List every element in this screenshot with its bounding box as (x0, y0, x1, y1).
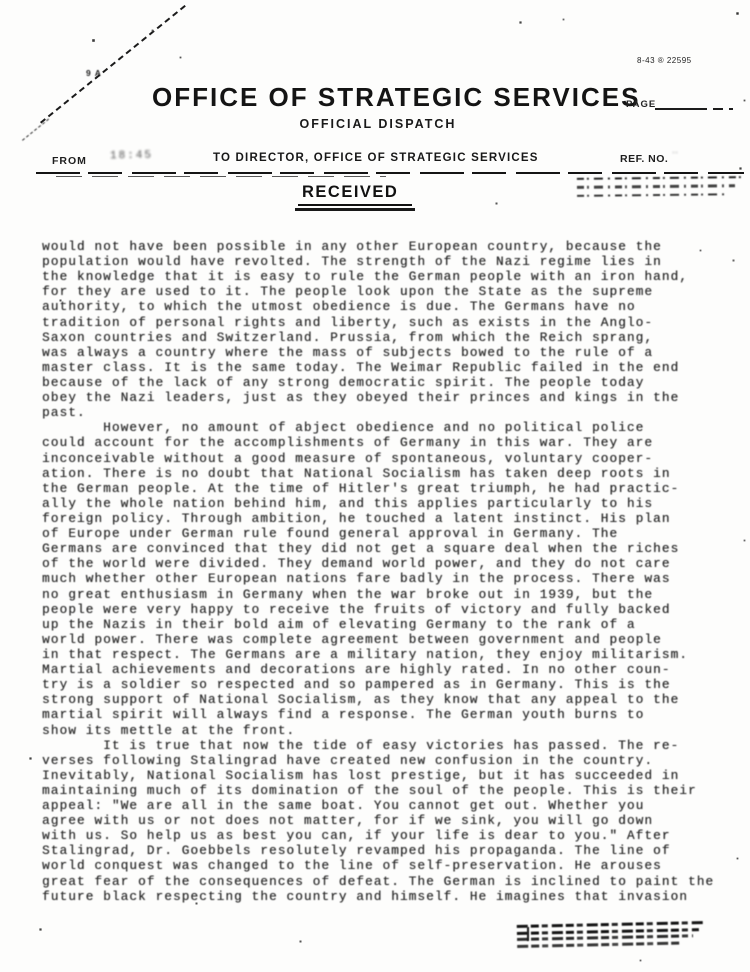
scan-speckles (0, 0, 1, 1)
stamp-smudge-row (517, 928, 699, 935)
body-line: Inevitably, National Socialism has lost … (42, 768, 732, 783)
received-stamp: RECEIVED (302, 183, 398, 202)
body-line: people were very happy to receive the fr… (42, 602, 732, 617)
stamp-smudge-row (577, 176, 743, 180)
page-number-blank-line (655, 108, 745, 110)
body-line: appeal: "We are all in the same boat. Yo… (42, 798, 732, 813)
scanned-dispatch-page: 9 A 8-43 ® 22595 OFFICE OF STRATEGIC SER… (0, 0, 750, 972)
header-rule-secondary (56, 176, 386, 177)
body-line: verses following Stalingrad have created… (42, 753, 732, 768)
received-underline (298, 204, 412, 206)
body-line: in that respect. The Germans are a milit… (42, 647, 732, 662)
page-number-label: PAGE (626, 99, 656, 110)
body-line: authority, to which the utmost obedience… (42, 299, 732, 314)
dispatch-subtitle: OFFICIAL DISPATCH (0, 117, 750, 131)
body-line: future black respecting the country and … (42, 889, 732, 904)
body-line: Stalingrad, Dr. Goebbels resolutely reva… (42, 843, 732, 858)
body-line: would not have been possible in any othe… (42, 239, 732, 254)
stamp-smudge-row (577, 193, 727, 197)
body-line: maintaining much of its domination of th… (42, 783, 732, 798)
body-line: foreign policy. Through ambition, he tou… (42, 511, 732, 526)
body-line: population would have revolted. The stre… (42, 254, 732, 269)
illegible-stamp-bottom-right (517, 921, 706, 951)
page-title: OFFICE OF STRATEGIC SERVICES (152, 82, 640, 113)
corner-mark: 9 A (86, 68, 102, 78)
body-line: Germans are convinced that they did not … (42, 541, 732, 556)
body-line: of the world were divided. They demand w… (42, 556, 732, 571)
body-line: martial spirit will always find a respon… (42, 707, 732, 722)
body-line: tradition of personal rights and liberty… (42, 315, 732, 330)
stamp-smudge-row (577, 185, 735, 189)
body-line: the German people. At the time of Hitler… (42, 481, 732, 496)
body-line: past. (42, 405, 732, 420)
body-line: world conquest was changed to the line o… (42, 858, 732, 873)
header-rule (36, 172, 744, 174)
body-line: up the Nazis in their bold aim of elevat… (42, 617, 732, 632)
body-line: ally the whole nation behind him, and th… (42, 496, 732, 511)
body-line: the knowledge that it is easy to rule th… (42, 269, 732, 284)
form-number: 8-43 ® 22595 (637, 56, 692, 65)
body-line: great fear of the consequences of defeat… (42, 874, 732, 889)
body-line: inconceivable without a good measure of … (42, 451, 732, 466)
to-director-line: TO DIRECTOR, OFFICE OF STRATEGIC SERVICE… (213, 152, 539, 164)
body-line: strong support of National Socialism, as… (42, 692, 732, 707)
body-line: try is a soldier so respected and so pam… (42, 677, 732, 692)
stamp-smudge-row (517, 934, 693, 941)
body-line: with us. So help us as best you can, if … (42, 828, 732, 843)
stamp-smudge-row (517, 921, 705, 928)
body-line: of Europe under German rule found genera… (42, 526, 732, 541)
body-line: agree with us or not does not matter, fo… (42, 813, 732, 828)
body-line: world power. There was complete agreemen… (42, 632, 732, 647)
body-line: show its mettle at the front. (42, 723, 732, 738)
body-line: Saxon countries and Switzerland. Prussia… (42, 330, 732, 345)
body-line: It is true that now the tide of easy vic… (42, 738, 732, 753)
ref-no-label: REF. NO. (620, 153, 668, 165)
body-line: was always a country where the mass of s… (42, 345, 732, 360)
illegible-stamp-top-right (577, 176, 743, 203)
dispatch-body: would not have been possible in any othe… (42, 239, 732, 904)
body-line: obey the Nazi leaders, just as they obey… (42, 390, 732, 405)
body-line: for they are used to it. The people look… (42, 284, 732, 299)
body-line: could account for the accomplishments of… (42, 435, 732, 450)
body-line: ation. There is no doubt that National S… (42, 466, 732, 481)
body-line: no great enthusiasm in Germany when the … (42, 587, 732, 602)
body-line: Martial achievements and decorations are… (42, 662, 732, 677)
body-line: However, no amount of abject obedience a… (42, 420, 732, 435)
body-line: much whether other European nations fare… (42, 571, 732, 586)
from-label: FROM (52, 155, 87, 167)
from-value-smudge: 18:45 (110, 150, 153, 163)
body-line: because of the lack of any strong democr… (42, 375, 732, 390)
stamp-smudge-row (517, 941, 679, 947)
stamp-smudge-tick (527, 927, 529, 941)
received-underline-thick (295, 208, 415, 211)
ref-no-value-smudge: ·· (672, 147, 678, 157)
body-line: master class. It is the same today. The … (42, 360, 732, 375)
